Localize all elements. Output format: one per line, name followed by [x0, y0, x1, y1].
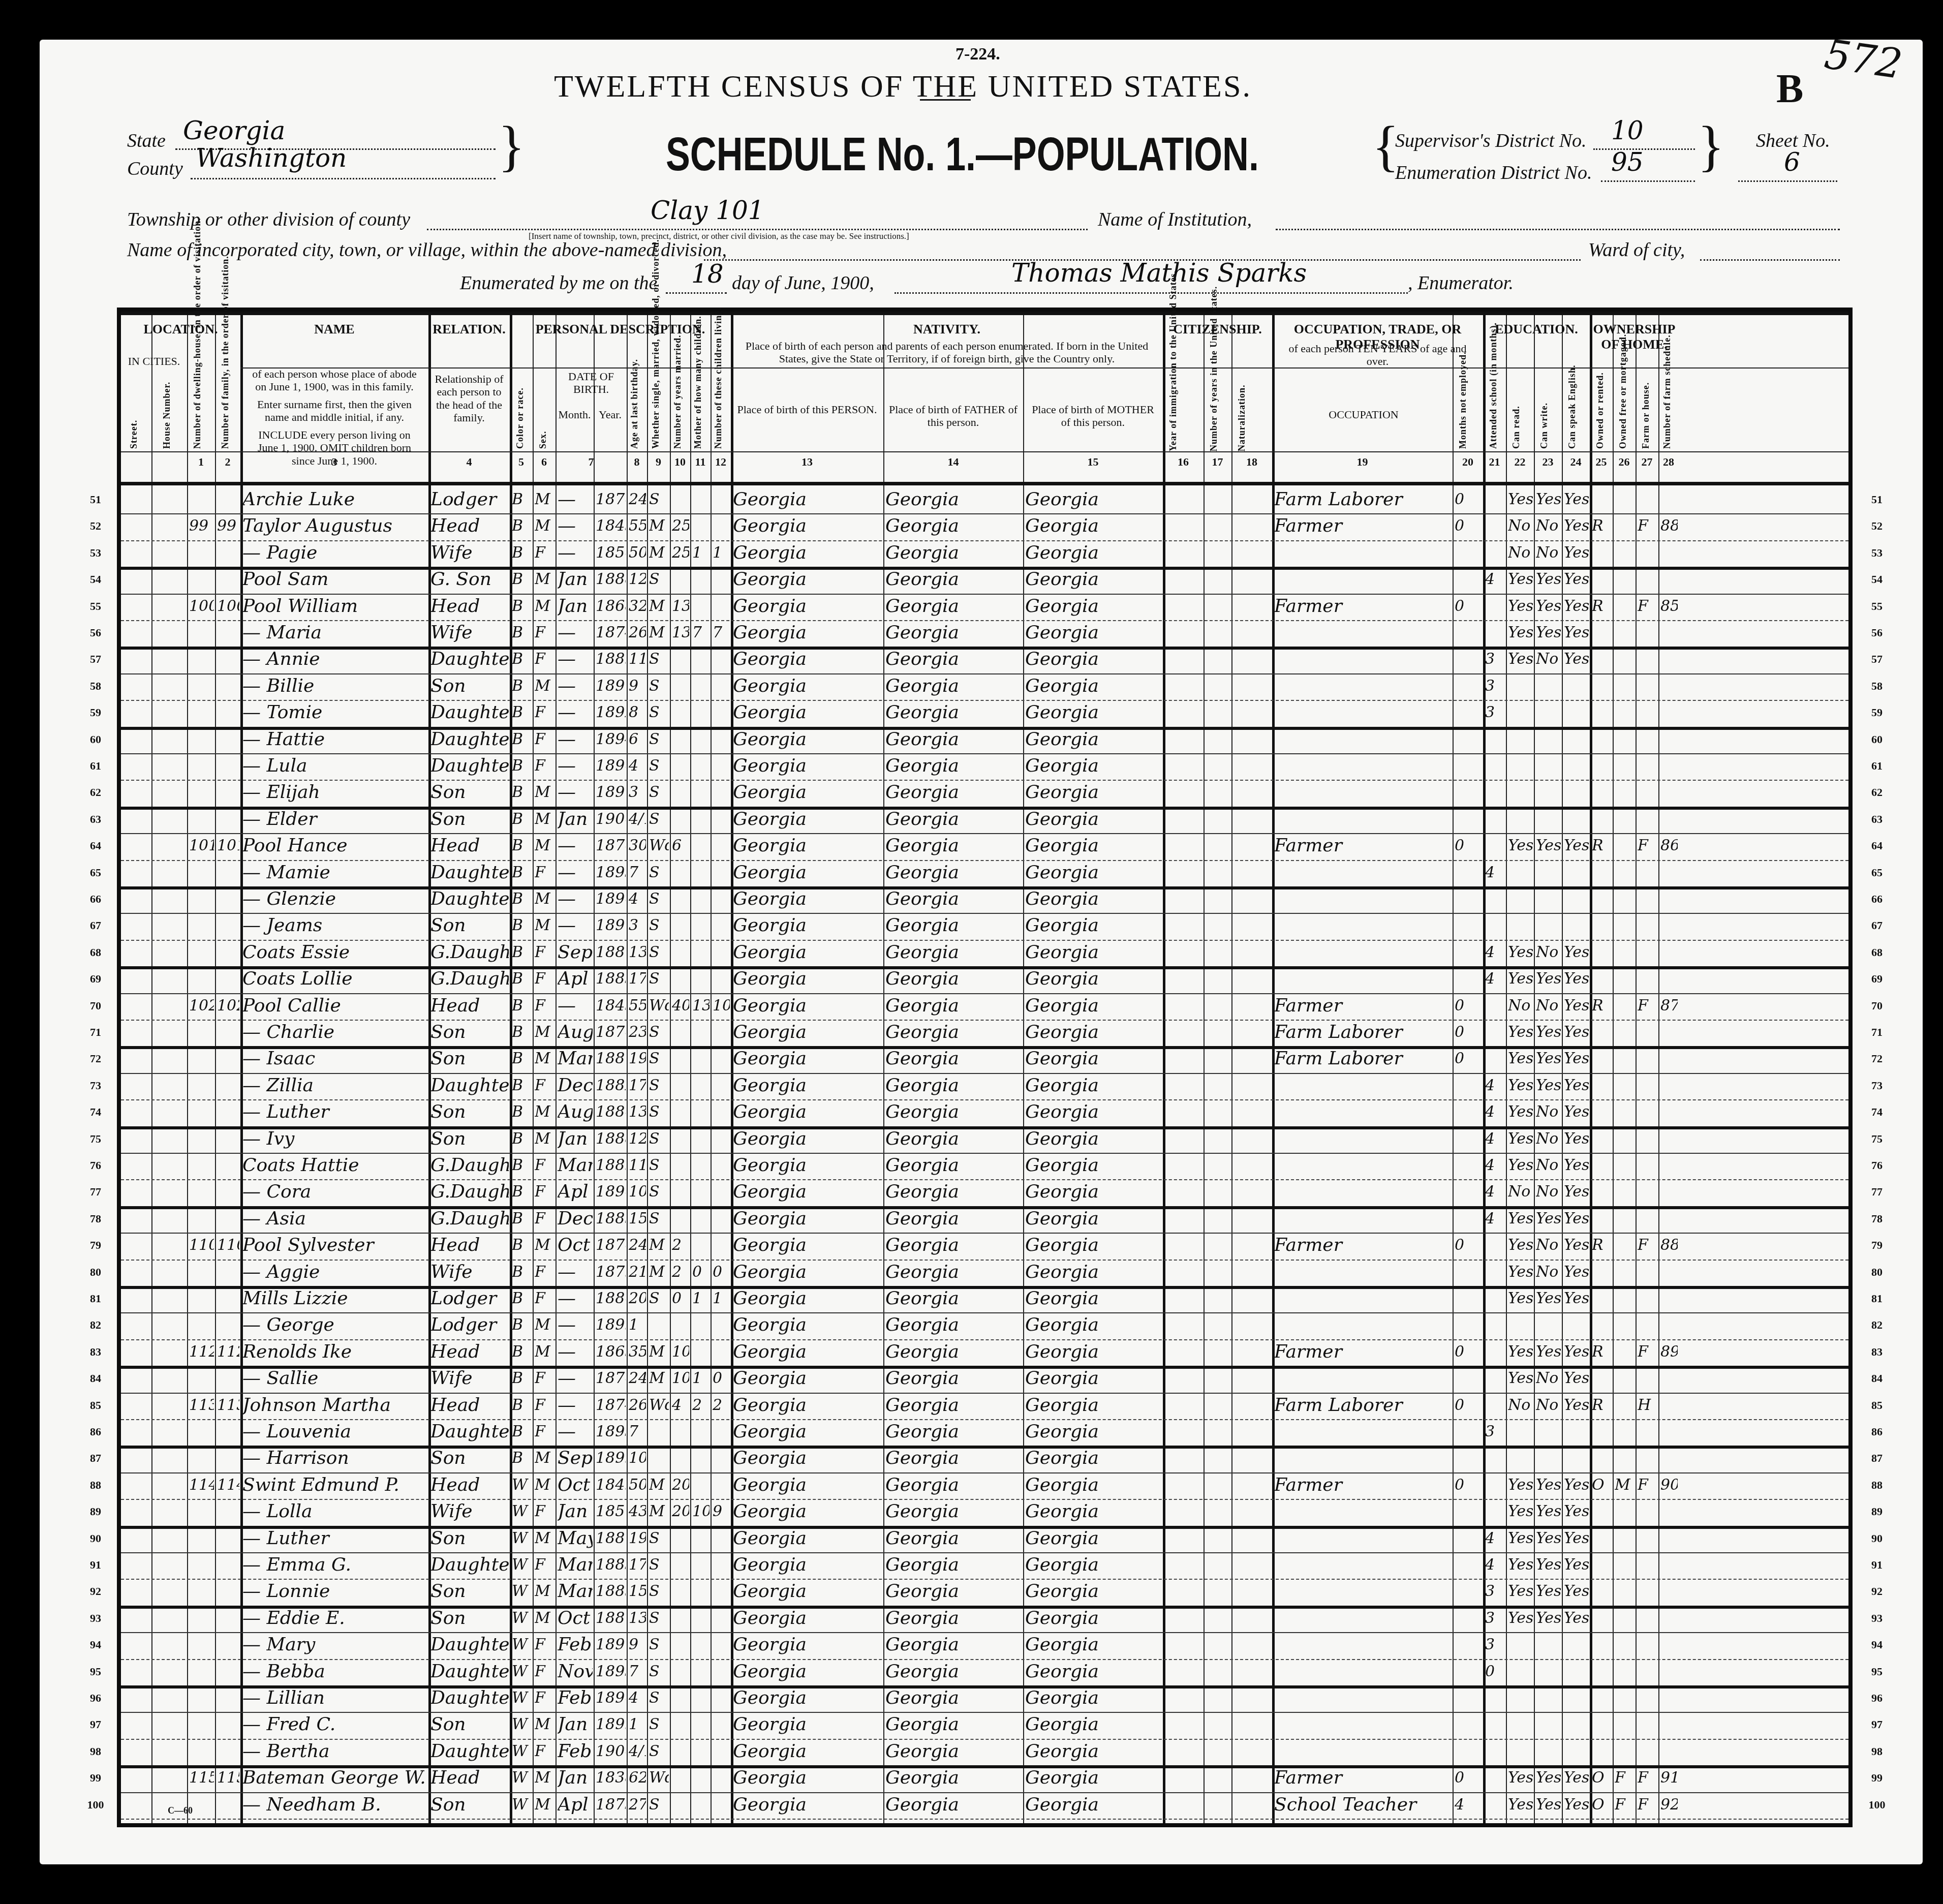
vertical-column-header: Sex.	[538, 373, 548, 449]
cell-pob: Georgia	[733, 991, 882, 1021]
cell-pob-mother: Georgia	[1025, 805, 1162, 834]
cell-year: 1892	[596, 698, 626, 727]
cell-english: Yes	[1564, 1763, 1589, 1793]
cell-pob: Georgia	[733, 964, 882, 994]
cell-marital: S	[649, 698, 669, 727]
cell-month: —	[558, 511, 593, 541]
cell-owned: R	[1592, 831, 1612, 861]
cell-farm-house: H	[1638, 1391, 1657, 1420]
cell-read: Yes	[1508, 1257, 1533, 1287]
vertical-column-header: Attended school (in months).	[1488, 373, 1499, 449]
cell-pob-mother: Georgia	[1025, 1444, 1162, 1473]
cell-relation: Daughter	[430, 1417, 509, 1447]
cell-pob-father: Georgia	[885, 1310, 1022, 1340]
cell-mother-of: 2	[692, 1391, 710, 1420]
cell-school: 3	[1485, 1417, 1505, 1447]
cell-pob-father: Georgia	[885, 1630, 1022, 1660]
cell-months-unemployed: 0	[1455, 485, 1482, 514]
row-number-left: 91	[83, 1558, 108, 1572]
table-row: — IvySonBMJan188812SGeorgiaGeorgiaGeorgi…	[121, 1126, 1848, 1153]
cell-color: W	[512, 1470, 532, 1500]
cell-relation: Head	[430, 1763, 509, 1793]
cell-english: Yes	[1564, 1497, 1589, 1526]
cell-marital: S	[649, 1550, 669, 1580]
cell-color: W	[512, 1657, 532, 1686]
cell-color: B	[512, 1444, 532, 1473]
cell-year: 1889	[596, 644, 626, 674]
cell-english: Yes	[1564, 1151, 1589, 1180]
cell-yrs-married: 10	[672, 1364, 689, 1393]
cell-month: Jan	[558, 1497, 593, 1526]
cell-age: 17	[629, 1550, 646, 1580]
row-number-right: 69	[1864, 972, 1890, 986]
cell-month: Jan	[558, 1763, 593, 1793]
cell-read: Yes	[1508, 1231, 1533, 1260]
institution-label: Name of Institution,	[1098, 208, 1252, 231]
sheet-letter: B	[1776, 66, 1803, 112]
row-number-left: 80	[83, 1266, 108, 1279]
cell-marital: S	[649, 1683, 669, 1713]
cell-relation: Son	[430, 805, 509, 834]
cell-school: 3	[1485, 671, 1505, 701]
row-number-left: 84	[83, 1372, 108, 1385]
cell-name: — Harrison	[242, 1444, 427, 1473]
table-row: — MaryDaughterWFFeb18919SGeorgiaGeorgiaG…	[121, 1632, 1848, 1659]
cell-color: B	[512, 991, 532, 1021]
column-note-name-instr: Enter surname first, then the given name…	[248, 398, 421, 424]
cell-color: B	[512, 1364, 532, 1393]
day-field[interactable]: 18	[691, 259, 724, 289]
cell-name: — Mary	[242, 1630, 427, 1660]
cell-marital: S	[649, 1018, 669, 1047]
row-number-right: 92	[1864, 1585, 1890, 1598]
cell-pob-father: Georgia	[885, 1470, 1022, 1500]
cell-english: Yes	[1564, 1604, 1589, 1633]
cell-pob: Georgia	[733, 1737, 882, 1766]
row-number-left: 59	[83, 706, 108, 719]
cell-sex: F	[535, 1391, 554, 1420]
cell-color: W	[512, 1790, 532, 1820]
cell-months-unemployed: 4	[1455, 1790, 1482, 1820]
cell-color: B	[512, 1310, 532, 1340]
cell-year: 1883	[596, 964, 626, 994]
cell-color: B	[512, 671, 532, 701]
cell-age: 32	[629, 592, 646, 621]
table-row: 110110Pool SylvesterHeadBMOct187624M2Geo…	[121, 1233, 1848, 1259]
cell-write: Yes	[1536, 831, 1561, 861]
cell-farm-house: F	[1638, 831, 1657, 861]
cell-pob: Georgia	[733, 884, 882, 914]
cell-name: — Ivy	[242, 1124, 427, 1154]
sheet-no-underline	[1738, 180, 1837, 182]
cell-relation: G.Daughter	[430, 1151, 509, 1180]
cell-school: 3	[1485, 698, 1505, 727]
cell-marital: S	[649, 1790, 669, 1820]
form-number: 7-224.	[955, 45, 1000, 64]
cell-yrs-married: 25	[672, 511, 689, 541]
county-field[interactable]: Washington	[196, 143, 347, 173]
vertical-column-header: Number of years married.	[672, 373, 683, 449]
cell-name: — George	[242, 1310, 427, 1340]
column-note-name-desc: of each person whose place of abode on J…	[245, 367, 423, 393]
column-note-year: Year.	[594, 408, 627, 421]
cell-relation: Head	[430, 991, 509, 1021]
cell-pob-mother: Georgia	[1025, 592, 1162, 621]
cell-year: 1849	[596, 1470, 626, 1500]
cell-occupation: Farmer	[1274, 1763, 1452, 1793]
cell-read: Yes	[1508, 1604, 1533, 1633]
enumeration-district-field[interactable]: 95	[1611, 147, 1644, 177]
cell-month: Feb	[558, 1630, 593, 1660]
cell-name: — Bebba	[242, 1657, 427, 1686]
cell-mother-of: 7	[692, 618, 710, 648]
cell-sex: M	[535, 1018, 554, 1047]
row-number-right: 64	[1864, 839, 1890, 852]
row-number-right: 86	[1864, 1425, 1890, 1438]
cell-pob-father: Georgia	[885, 1071, 1022, 1100]
row-number-right: 72	[1864, 1052, 1890, 1065]
row-number-left: 78	[83, 1212, 108, 1225]
cell-farm-house: F	[1638, 1470, 1657, 1500]
cell-mother-of: 10	[692, 1497, 710, 1526]
cell-month: —	[558, 538, 593, 568]
cell-sex: M	[535, 1524, 554, 1553]
cell-write: No	[1536, 1364, 1561, 1393]
cell-write: No	[1536, 1257, 1561, 1287]
cell-relation: Daughter	[430, 1630, 509, 1660]
cell-pob-mother: Georgia	[1025, 778, 1162, 807]
cell-english: Yes	[1564, 1391, 1589, 1420]
cell-pob-father: Georgia	[885, 1497, 1022, 1526]
cell-sex: F	[535, 1071, 554, 1100]
table-row: 115115Bateman George W.HeadWMJan183862Wd…	[121, 1765, 1848, 1792]
cell-pob-father: Georgia	[885, 1763, 1022, 1793]
cell-relation: Daughter	[430, 1550, 509, 1580]
cell-school: 4	[1485, 1524, 1505, 1553]
cell-color: B	[512, 1204, 532, 1234]
sheet-no-field[interactable]: 6	[1784, 147, 1800, 177]
cell-pob-father: Georgia	[885, 1257, 1022, 1287]
cell-color: B	[512, 565, 532, 594]
cell-name: — Annie	[242, 644, 427, 674]
cell-english: Yes	[1564, 1524, 1589, 1553]
cell-read: Yes	[1508, 618, 1533, 648]
vertical-column-header: Number of dwelling-house, in the order o…	[192, 373, 203, 449]
cell-name: — Needham B.	[242, 1790, 427, 1820]
row-number-left: 83	[83, 1345, 108, 1359]
cell-month: Oct	[558, 1470, 593, 1500]
cell-yrs-married: 13	[672, 592, 689, 621]
cell-pob-mother: Georgia	[1025, 618, 1162, 648]
cell-color: B	[512, 938, 532, 967]
cell-pob: Georgia	[733, 1470, 882, 1500]
cell-pob-mother: Georgia	[1025, 1151, 1162, 1180]
cell-pob: Georgia	[733, 1657, 882, 1686]
row-number-left: 66	[83, 893, 108, 906]
cell-age: 55	[629, 991, 646, 1021]
row-number-right: 66	[1864, 893, 1890, 906]
cell-year: 1888	[596, 565, 626, 594]
cell-sex: M	[535, 1577, 554, 1606]
cell-age: 8	[629, 698, 646, 727]
cell-color: W	[512, 1524, 532, 1553]
cell-color: B	[512, 1097, 532, 1127]
cell-sex: M	[535, 1124, 554, 1154]
row-number-left: 68	[83, 946, 108, 959]
cell-color: W	[512, 1710, 532, 1739]
cell-mother-of: 1	[692, 538, 710, 568]
cell-relation: G. Son	[430, 565, 509, 594]
cell-relation: Son	[430, 1524, 509, 1553]
cell-name: Coats Lollie	[242, 964, 427, 994]
column-number: 22	[1506, 455, 1534, 469]
table-row: — IsaacSonBMMar188119SGeorgiaGeorgiaGeor…	[121, 1046, 1848, 1072]
column-group-header: NAME	[240, 322, 428, 337]
cell-marital: S	[649, 751, 669, 781]
table-row: — CoraG.DaughterBFApl189010SGeorgiaGeorg…	[121, 1179, 1848, 1206]
cell-pob-mother: Georgia	[1025, 1071, 1162, 1100]
row-number-right: 52	[1864, 519, 1890, 533]
cell-year: 1891	[596, 671, 626, 701]
cell-pob-father: Georgia	[885, 1683, 1022, 1713]
cell-occupation: Farmer	[1274, 1231, 1452, 1260]
institution-field[interactable]	[1276, 229, 1840, 230]
cell-english: Yes	[1564, 831, 1589, 861]
column-note-nativity-desc: Place of birth of each person and parent…	[736, 340, 1158, 365]
cell-sex: F	[535, 1737, 554, 1766]
cell-pob-father: Georgia	[885, 1018, 1022, 1047]
cell-marital: M	[649, 538, 669, 568]
cell-month: —	[558, 778, 593, 807]
state-field[interactable]: Georgia	[183, 116, 285, 145]
row-number-right: 65	[1864, 866, 1890, 879]
cell-sex: F	[535, 858, 554, 887]
cell-name: Coats Hattie	[242, 1151, 427, 1180]
cell-family: 115	[217, 1763, 239, 1793]
cell-pob-father: Georgia	[885, 725, 1022, 754]
cell-read: No	[1508, 511, 1533, 541]
cell-mother-of: 1	[692, 1364, 710, 1393]
cell-marital: M	[649, 1231, 669, 1260]
column-note-in-cities: IN CITIES.	[121, 355, 187, 367]
cell-months-unemployed: 0	[1455, 831, 1482, 861]
cell-year: 1873	[596, 1790, 626, 1820]
cell-pob-mother: Georgia	[1025, 751, 1162, 781]
cell-month: —	[558, 671, 593, 701]
vertical-column-header: Mother of how many children.	[693, 373, 703, 449]
vertical-column-header: Farm or house.	[1641, 373, 1651, 449]
cell-pob-mother: Georgia	[1025, 1524, 1162, 1553]
cell-relation: Son	[430, 1124, 509, 1154]
cell-relation: Son	[430, 671, 509, 701]
cell-name: Pool Hance	[242, 831, 427, 861]
cell-write: No	[1536, 991, 1561, 1021]
enumerator-label: , Enumerator.	[1408, 272, 1514, 294]
cell-occupation: Farmer	[1274, 1337, 1452, 1367]
cell-marital: S	[649, 644, 669, 674]
cell-year: 1890	[596, 1177, 626, 1207]
cell-sex: M	[535, 884, 554, 914]
cell-year: 1894	[596, 725, 626, 754]
cell-month: —	[558, 991, 593, 1021]
cell-month: Nov	[558, 1657, 593, 1686]
cell-pob-father: Georgia	[885, 1204, 1022, 1234]
cell-family: 112	[217, 1337, 239, 1367]
cell-month: —	[558, 618, 593, 648]
enumerator-field[interactable]: Thomas Mathis Sparks	[1011, 258, 1307, 288]
cell-occupation: Farm Laborer	[1274, 1391, 1452, 1420]
cell-name: Pool Callie	[242, 991, 427, 1021]
supervisor-district-field[interactable]: 10	[1611, 116, 1644, 145]
row-number-left: 55	[83, 600, 108, 613]
cell-age: 10/12	[629, 1444, 646, 1473]
cell-pob: Georgia	[733, 1177, 882, 1207]
cell-pob-mother: Georgia	[1025, 1044, 1162, 1073]
cell-month: Sept	[558, 938, 593, 967]
population-schedule-table: LOCATION.NAMERELATION.PERSONAL DESCRIPTI…	[117, 308, 1853, 1827]
column-number: 16	[1163, 455, 1204, 469]
cell-year: 1893	[596, 1657, 626, 1686]
cell-school: 4	[1485, 1204, 1505, 1234]
cell-school: 4	[1485, 938, 1505, 967]
cell-marital: S	[649, 964, 669, 994]
cell-name: — Bertha	[242, 1737, 427, 1766]
cell-pob: Georgia	[733, 1444, 882, 1473]
cell-year: 1874	[596, 618, 626, 648]
row-number-left: 61	[83, 759, 108, 773]
cell-age: 1	[629, 1310, 646, 1340]
cell-write: No	[1536, 538, 1561, 568]
cell-pob-father: Georgia	[885, 1550, 1022, 1580]
cell-sex: F	[535, 618, 554, 648]
row-number-left: 96	[83, 1692, 108, 1705]
cell-pob-father: Georgia	[885, 964, 1022, 994]
cell-marital: S	[649, 1151, 669, 1180]
cell-marital: S	[649, 1124, 669, 1154]
cell-name: Pool Sam	[242, 565, 427, 594]
cell-pob-mother: Georgia	[1025, 671, 1162, 701]
table-row: — Fred C.SonWMJan18991SGeorgiaGeorgiaGeo…	[121, 1712, 1848, 1738]
cell-pob-mother: Georgia	[1025, 565, 1162, 594]
supervisor-district-label: Supervisor's District No.	[1395, 130, 1587, 152]
cell-name: — Lonnie	[242, 1577, 427, 1606]
cell-living: 0	[713, 1257, 730, 1287]
township-field[interactable]: Clay 101	[651, 196, 764, 225]
cell-color: B	[512, 805, 532, 834]
cell-family: 101	[217, 831, 239, 861]
cell-relation: Head	[430, 592, 509, 621]
cell-write: No	[1536, 1097, 1561, 1127]
cell-read: Yes	[1508, 938, 1533, 967]
cell-relation: Son	[430, 1444, 509, 1473]
header-rule	[240, 367, 1848, 368]
row-number-left: 75	[83, 1132, 108, 1146]
row-number-right: 83	[1864, 1345, 1890, 1359]
ward-label: Ward of city,	[1588, 239, 1685, 261]
table-row: 102102Pool CallieHeadBF—184555Wd401310Ge…	[121, 993, 1848, 1020]
cell-pob-mother: Georgia	[1025, 1790, 1162, 1820]
cell-color: B	[512, 831, 532, 861]
cell-color: B	[512, 644, 532, 674]
cell-english: Yes	[1564, 1204, 1589, 1234]
cell-pob: Georgia	[733, 805, 882, 834]
cell-color: B	[512, 751, 532, 781]
cell-school: 4	[1485, 964, 1505, 994]
cell-sex: M	[535, 1310, 554, 1340]
cell-farm-house: F	[1638, 592, 1657, 621]
cell-color: B	[512, 1071, 532, 1100]
cell-relation: G.Daughter	[430, 1177, 509, 1207]
row-number-right: 71	[1864, 1026, 1890, 1039]
cell-relation: Daughter	[430, 751, 509, 781]
cell-marital: S	[649, 858, 669, 887]
row-number-right: 93	[1864, 1612, 1890, 1625]
cell-months-unemployed: 0	[1455, 1470, 1482, 1500]
table-row: — BerthaDaughterWFFeb19004/12SGeorgiaGeo…	[121, 1739, 1848, 1765]
cell-month: —	[558, 485, 593, 514]
cell-sex: M	[535, 1710, 554, 1739]
ward-field[interactable]	[1700, 259, 1840, 261]
vertical-column-header: House Number.	[162, 373, 172, 449]
cell-year: 1896	[596, 1683, 626, 1713]
cell-name: Coats Essie	[242, 938, 427, 967]
cell-marital: S	[649, 1604, 669, 1633]
cell-relation: Daughter	[430, 1657, 509, 1686]
cell-pob: Georgia	[733, 1604, 882, 1633]
footer-mark: C—60	[168, 1805, 193, 1816]
row-number-right: 75	[1864, 1132, 1890, 1146]
cell-months-unemployed: 0	[1455, 1231, 1482, 1260]
table-row: Coats EssieG.DaughterBFSept188713SGeorgi…	[121, 940, 1848, 966]
cell-yrs-married: 20	[672, 1470, 689, 1500]
cell-age: 4/12	[629, 805, 646, 834]
column-number: 5	[510, 455, 533, 469]
cell-read: Yes	[1508, 964, 1533, 994]
cell-relation: Son	[430, 1018, 509, 1047]
cell-farm-sched: 85	[1660, 592, 1678, 621]
cell-farm-sched: 89	[1660, 1337, 1678, 1367]
cell-month: —	[558, 884, 593, 914]
cell-marital: S	[649, 485, 669, 514]
cell-color: W	[512, 1577, 532, 1606]
cell-marital: S	[649, 1577, 669, 1606]
cell-english: Yes	[1564, 1470, 1589, 1500]
cell-pob-father: Georgia	[885, 911, 1022, 940]
cell-age: 19	[629, 1044, 646, 1073]
cell-pob-father: Georgia	[885, 1044, 1022, 1073]
column-group-header: EDUCATION.	[1483, 322, 1590, 337]
cell-age: 15	[629, 1577, 646, 1606]
cell-pob-father: Georgia	[885, 485, 1022, 514]
row-number-left: 90	[83, 1532, 108, 1545]
column-number: 6	[533, 455, 556, 469]
cell-free-mort: F	[1615, 1790, 1634, 1820]
cell-read: Yes	[1508, 1497, 1533, 1526]
cell-month: Jan	[558, 592, 593, 621]
row-number-right: 68	[1864, 946, 1890, 959]
cell-write: No	[1536, 1151, 1561, 1180]
column-number: 10	[670, 455, 690, 469]
cell-marital: Wd	[649, 831, 669, 861]
cell-english: Yes	[1564, 538, 1589, 568]
table-row: — LulaDaughterBF—18964SGeorgiaGeorgiaGeo…	[121, 753, 1848, 780]
cell-month: Jan	[558, 1124, 593, 1154]
cell-marital: S	[649, 1524, 669, 1553]
cell-age: 4	[629, 884, 646, 914]
cell-relation: G.Daughter	[430, 938, 509, 967]
cell-mother-of: 1	[692, 1284, 710, 1313]
cell-color: W	[512, 1550, 532, 1580]
